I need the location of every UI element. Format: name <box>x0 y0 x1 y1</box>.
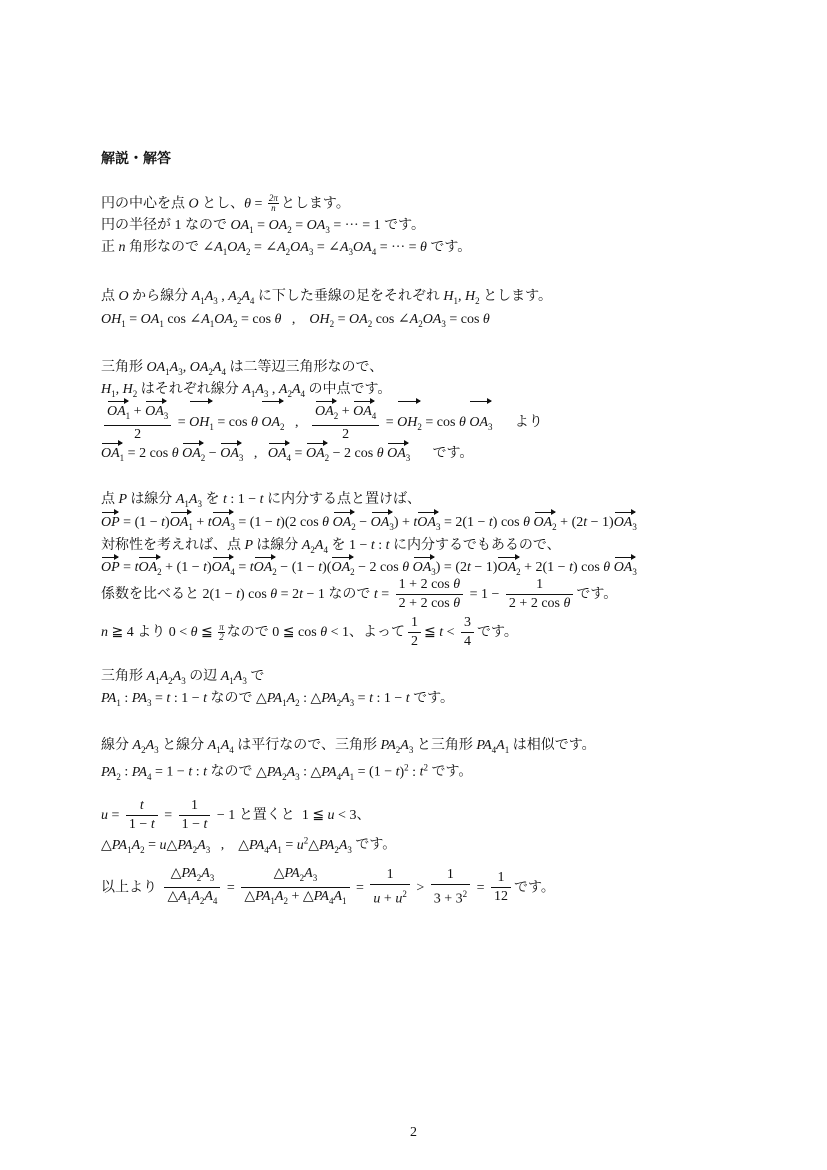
text: なので <box>210 764 252 780</box>
text: 対称性を考えれば、点 <box>101 537 241 553</box>
text-line: 三角形 A1A2A3 の辺 A1A3 で <box>101 667 264 690</box>
text: 線分 <box>101 737 129 753</box>
section-heading: 解説・解答 <box>101 150 171 168</box>
text: 三角形 <box>101 668 143 684</box>
text: を <box>331 537 345 553</box>
text: です。 <box>433 445 474 461</box>
text: に内分する点と置けば、 <box>267 491 421 507</box>
text: 円の中心を点 <box>101 196 185 212</box>
text: なので <box>185 217 227 233</box>
text: 正 <box>101 239 115 255</box>
math-line: 係数を比べると 2(1 − t) cos θ = 2t − 1 なので t = … <box>101 574 617 615</box>
text: です。 <box>355 837 396 853</box>
text: 点 <box>101 288 115 304</box>
text: とし、 <box>202 196 244 212</box>
math-line: △PA1A2 = u△PA2A3 , △PA4A1 = u2△PA2A3 です。 <box>101 831 396 858</box>
text: なので <box>211 690 253 706</box>
text: です。 <box>413 690 454 706</box>
text: です。 <box>514 879 555 895</box>
text: を <box>205 491 219 507</box>
text-line: 三角形 OA1A3, OA2A4 は二等辺三角形なので、 <box>101 358 383 381</box>
text: はそれぞれ線分 <box>141 381 239 397</box>
text-line: 正 n 角形なので ∠A1OA2 = ∠A2OA3 = ∠A3OA4 = ···… <box>101 238 471 261</box>
text: 円の半径が <box>101 217 171 233</box>
math-line: PA1 : PA3 = t : 1 − t なので △PA1A2 : △PA2A… <box>101 689 454 712</box>
text: は線分 <box>256 537 298 553</box>
text: です。 <box>576 586 617 602</box>
text: 、よって <box>349 624 405 640</box>
math-line: PA2 : PA4 = 1 − t : t なので △PA2A3 : △PA4A… <box>101 758 472 785</box>
text-line: 円の半径が 1 なので OA1 = OA2 = OA3 = ··· = 1 です… <box>101 216 425 239</box>
text: と置くと <box>239 807 295 823</box>
text: 以上より <box>101 879 157 895</box>
text: から線分 <box>132 288 188 304</box>
text: は二等辺三角形なので、 <box>229 359 383 375</box>
text: です。 <box>384 217 425 233</box>
text: と三角形 <box>417 737 473 753</box>
text: より <box>137 624 165 640</box>
text: 三角形 <box>101 359 143 375</box>
text: とします。 <box>281 196 350 212</box>
text: で <box>250 668 264 684</box>
text: です。 <box>431 764 472 780</box>
text: に下した垂線の足をそれぞれ <box>258 288 440 304</box>
math-line: u = t1 − t = 11 − t − 1 と置くと 1 ≦ u < 3、 <box>101 795 370 836</box>
text: の中点です。 <box>309 381 392 397</box>
text: 角形なので <box>129 239 199 255</box>
math-line: OA1 = 2 cos θ OA2 − OA3 , OA4 = OA2 − 2 … <box>101 442 473 467</box>
page-number: 2 <box>0 1125 827 1141</box>
text-line: 線分 A2A3 と線分 A1A4 は平行なので、三角形 PA2A3 と三角形 P… <box>101 736 596 759</box>
text-line: 点 O から線分 A1A3 , A2A4 に下した垂線の足をそれぞれ H1, H… <box>101 287 552 310</box>
text: なので <box>328 586 370 602</box>
math-line: OA1 + OA32 = OH1 = cos θ OA2 , OA2 + OA4… <box>101 400 543 447</box>
text: の辺 <box>189 668 217 684</box>
math-line: 以上より △PA2A3△A1A2A4 = △PA2A3△PA1A2 + △PA4… <box>101 865 555 910</box>
text: とします。 <box>483 288 552 304</box>
text: は線分 <box>130 491 172 507</box>
text: 係数を比べると <box>101 586 199 602</box>
text: は相似です。 <box>513 737 596 753</box>
text: です。 <box>477 624 518 640</box>
text-line: 円の中心を点 O とし、θ = 2πnとします。 <box>101 194 350 214</box>
math-line: OP = (1 − t)OA1 + tOA3 = (1 − t)(2 cos θ… <box>101 511 637 536</box>
text: なので <box>227 624 269 640</box>
text-line: 点 P は線分 A1A3 を t : 1 − t に内分する点と置けば、 <box>101 490 421 513</box>
text: に内分するでもあるので、 <box>393 537 561 553</box>
text: より <box>515 414 543 430</box>
math-line: n ≧ 4 より 0 < θ ≦ π2なので 0 ≦ cos θ < 1、よって… <box>101 612 518 653</box>
text: 点 <box>101 491 115 507</box>
math-line: OH1 = OA1 cos ∠A1OA2 = cos θ , OH2 = OA2… <box>101 310 490 333</box>
text: は平行なので、三角形 <box>237 737 377 753</box>
text: と線分 <box>162 737 204 753</box>
text: です。 <box>430 239 471 255</box>
